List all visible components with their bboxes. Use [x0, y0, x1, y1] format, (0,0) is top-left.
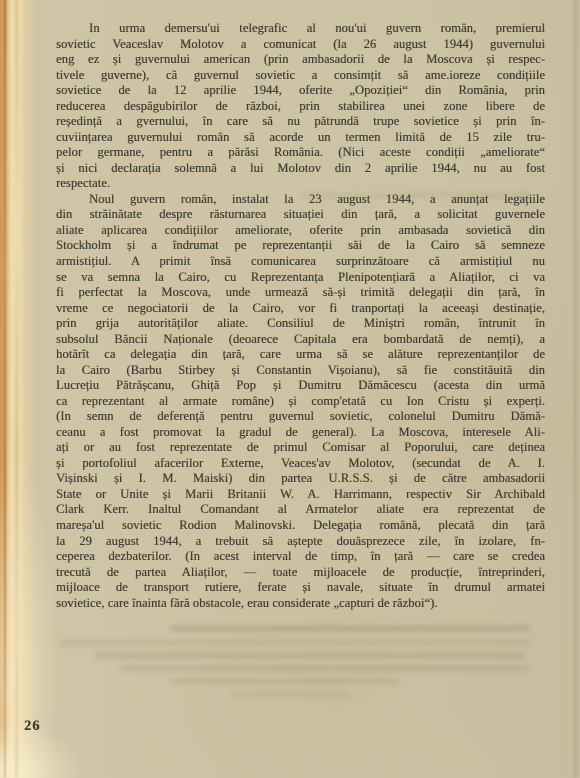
text-line: cuviințarea guvernului român să acorde u…	[56, 130, 545, 146]
text-line: la 29 august 1944, a trebuit să aștepte …	[56, 534, 545, 550]
paragraph-2: Noul guvern român, instalat la 23 august…	[56, 192, 545, 611]
text-line: ați or au fost reprezentate de primul Co…	[56, 440, 545, 456]
text-line: ca reprezentant al armate române) și com…	[56, 394, 545, 410]
text-line: fi perfectat la Moscova, unde urmează să…	[56, 285, 545, 301]
binding-crease	[4, 0, 6, 778]
text-line: State or Unite și Marii Britanii W. A. H…	[56, 487, 545, 503]
text-line: In urma demersu'ui telegrafic al nou'ui …	[56, 21, 545, 37]
text-line: armistițiul. A primit însă comunicarea s…	[56, 254, 545, 270]
text-line: tivele guverne), că guvernul sovietic a …	[56, 68, 545, 84]
text-line: trecută de partea Aliaților, — toate mij…	[56, 565, 545, 581]
text-line: pelor germane, pentru a părăsi România. …	[56, 145, 545, 161]
page-right-edge-shadow	[574, 0, 577, 778]
text-line: ceperea dezbaterilor. (In acest interval…	[56, 549, 545, 565]
text-line: subsolul Băncii Naționale (deoarece Capi…	[56, 332, 545, 348]
text-line: Vișinski și I. M. Maiski) din partea U.R…	[56, 471, 545, 487]
text-line: (In semn de deferență pentru guvernul so…	[56, 409, 545, 425]
text-line: prin grija autorităților aliate. Consili…	[56, 316, 545, 332]
text-line: se va semna la Cairo, cu Reprezentanța P…	[56, 270, 545, 286]
text-line: la Cairo (Barbu Stirbey și Constantin Vi…	[56, 363, 545, 379]
text-line: din străinătate despre răsturnarea situa…	[56, 207, 545, 223]
binding-crease-highlight	[15, 0, 18, 778]
text-line: și portofoliul afacerilor Externe, Veace…	[56, 456, 545, 472]
text-line: mijloace de transport rutiere, ferate și…	[56, 580, 545, 596]
text-line: Lucrețiu Pătrășcanu, Ghiță Pop și Dumitr…	[56, 378, 545, 394]
text-line: sovietice de la 12 aprilie 1944, oferite…	[56, 83, 545, 99]
page-number: 26	[24, 718, 41, 735]
text-line: reședință a gvernului, în care să nu păt…	[56, 114, 545, 130]
text-line: sovietic Veaceslav Molotov a comunicat (…	[56, 37, 545, 53]
page-text: In urma demersu'ui telegrafic al nou'ui …	[56, 21, 545, 611]
text-line: și nici declarația solemnă a lui Molotov…	[56, 161, 545, 177]
text-line: aliate aplicarea condițiilor ameliorate,…	[56, 223, 545, 239]
text-line: reducerea despăgubirilor de război, prin…	[56, 99, 545, 115]
text-line: respectate.	[56, 176, 545, 192]
text-line: vreme ce negociatorii de la Cairo, vor f…	[56, 301, 545, 317]
paragraph-1: In urma demersu'ui telegrafic al nou'ui …	[56, 21, 545, 192]
text-line: sovietice, care înainta fără obstacole, …	[56, 596, 545, 612]
text-line: eng ez și guvernului american (prin amba…	[56, 52, 545, 68]
text-line: mareșa'ul sovietic Rodion Malinovski. De…	[56, 518, 545, 534]
text-line: Clark Kerr. Inaltul Comandant al Armatel…	[56, 502, 545, 518]
text-line: ceanu a fost promovat la gradul de gener…	[56, 425, 545, 441]
text-line: Stockholm și a îndrumat pe reprezentanți…	[56, 238, 545, 254]
text-line: hotărît ca delegația din țară, care urma…	[56, 347, 545, 363]
